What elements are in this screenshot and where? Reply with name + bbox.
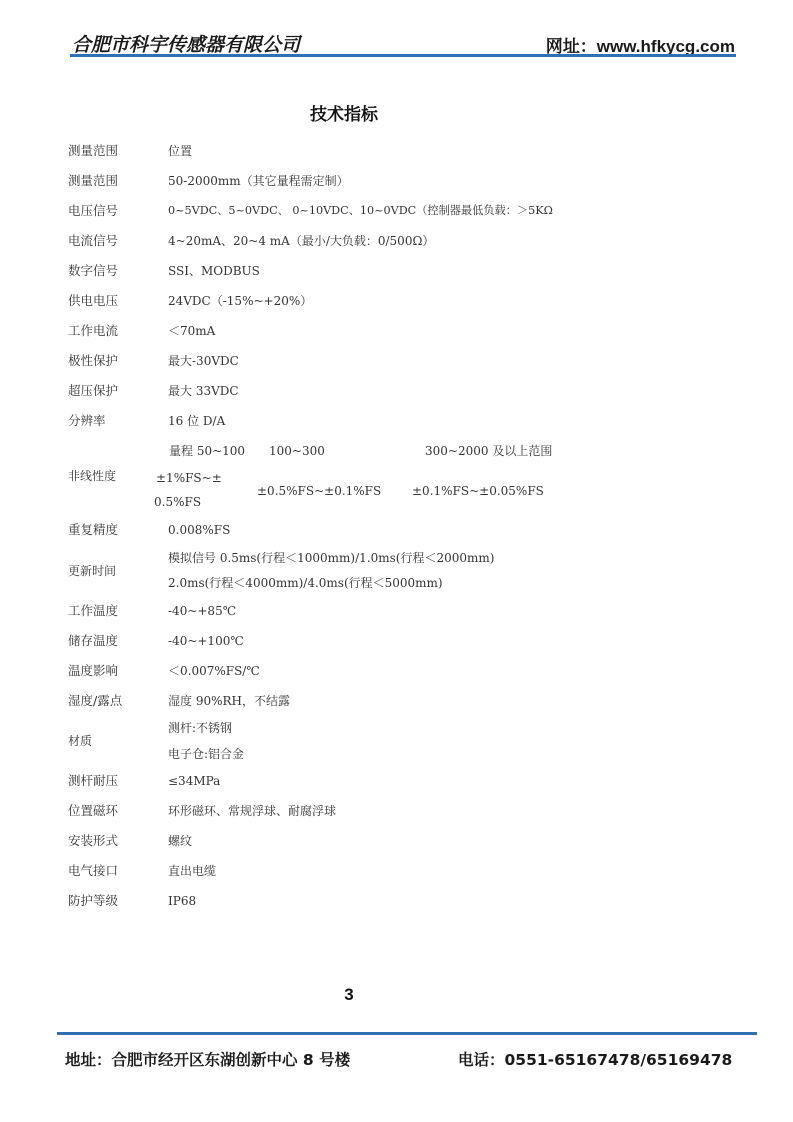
spec-label: 防护等级 [68, 892, 158, 910]
company-name: 合肥市科宇传感器有限公司 [72, 30, 300, 57]
spec-label: 极性保护 [68, 352, 158, 370]
range-header: 100~300 [269, 442, 325, 460]
spec-label: 材质 [68, 732, 158, 750]
spec-value: 最大 33VDC [168, 382, 239, 400]
spec-value: 直出电缆 [168, 862, 216, 880]
spec-value: 螺纹 [168, 832, 192, 850]
spec-value: ≤34MPa [168, 772, 220, 790]
spec-value: 0.008%FS [168, 521, 230, 539]
spec-label: 非线性度 [68, 467, 158, 485]
spec-label: 位置磁环 [68, 802, 158, 820]
spec-value: 0~5VDC、5~0VDC、 0~10VDC、10~0VDC（控制器最低负载：＞… [168, 202, 553, 220]
spec-value: IP68 [168, 892, 196, 910]
spec-value: 模拟信号 0.5ms(行程＜1000mm)/1.0ms(行程＜2000mm) [168, 549, 494, 567]
range-header: 量程 50~100 [169, 442, 245, 460]
spec-label: 分辨率 [68, 412, 158, 430]
spec-label: 工作电流 [68, 322, 158, 340]
footer-divider [57, 1032, 757, 1035]
spec-label: 数字信号 [68, 262, 158, 280]
spec-value: 50-2000mm（其它量程需定制） [168, 172, 349, 190]
spec-value: 24VDC（-15%~+20%） [168, 292, 312, 310]
nonlinearity-value: ±1%FS~± [156, 469, 222, 487]
nonlinearity-value: ±0.1%FS~±0.05%FS [412, 482, 544, 500]
page-title: 技术指标 [0, 100, 688, 125]
spec-value: 最大-30VDC [168, 352, 239, 370]
spec-value: 湿度 90%RH，不结露 [168, 692, 290, 710]
spec-label: 供电电压 [68, 292, 158, 310]
spec-label: 测杆耐压 [68, 772, 158, 790]
spec-label: 储存温度 [68, 632, 158, 650]
spec-label: 重复精度 [68, 521, 158, 539]
page-number: 3 [0, 985, 698, 1005]
spec-label: 湿度/露点 [68, 692, 158, 710]
spec-label: 电压信号 [68, 202, 158, 220]
spec-value: 4~20mA、20~4 mA（最小/大负载：0/500Ω） [168, 232, 434, 250]
spec-label: 测量范围 [68, 172, 158, 190]
header-divider [70, 54, 736, 57]
spec-label: 温度影响 [68, 662, 158, 680]
spec-value: -40~+100℃ [168, 632, 244, 650]
spec-label: 电气接口 [68, 862, 158, 880]
spec-value: 环形磁环、常规浮球、耐腐浮球 [168, 802, 336, 820]
spec-value: -40~+85℃ [168, 602, 236, 620]
spec-label: 安装形式 [68, 832, 158, 850]
spec-value: 16 位 D/A [168, 412, 225, 430]
spec-label: 测量范围 [68, 142, 158, 160]
nonlinearity-value: 0.5%FS [154, 493, 201, 511]
spec-value: 2.0ms(行程＜4000mm)/4.0ms(行程＜5000mm) [168, 574, 443, 592]
spec-label: 工作温度 [68, 602, 158, 620]
spec-value: 电子仓:铝合金 [168, 745, 244, 763]
nonlinearity-value: ±0.5%FS~±0.1%FS [257, 482, 381, 500]
spec-label: 电流信号 [68, 232, 158, 250]
spec-value: 位置 [168, 142, 192, 160]
spec-value: ＜70mA [168, 322, 215, 340]
spec-label: 超压保护 [68, 382, 158, 400]
spec-label: 更新时间 [68, 562, 158, 580]
spec-value: ＜0.007%FS/℃ [168, 662, 260, 680]
range-header: 300~2000 及以上范围 [425, 442, 552, 460]
spec-value: SSI、MODBUS [168, 262, 260, 280]
spec-value: 测杆:不锈钢 [168, 719, 232, 737]
footer-phone: 电话：0551-65167478/65169478 [458, 1048, 732, 1070]
footer-address: 地址：合肥市经开区东湖创新中心 8 号楼 [65, 1048, 350, 1070]
